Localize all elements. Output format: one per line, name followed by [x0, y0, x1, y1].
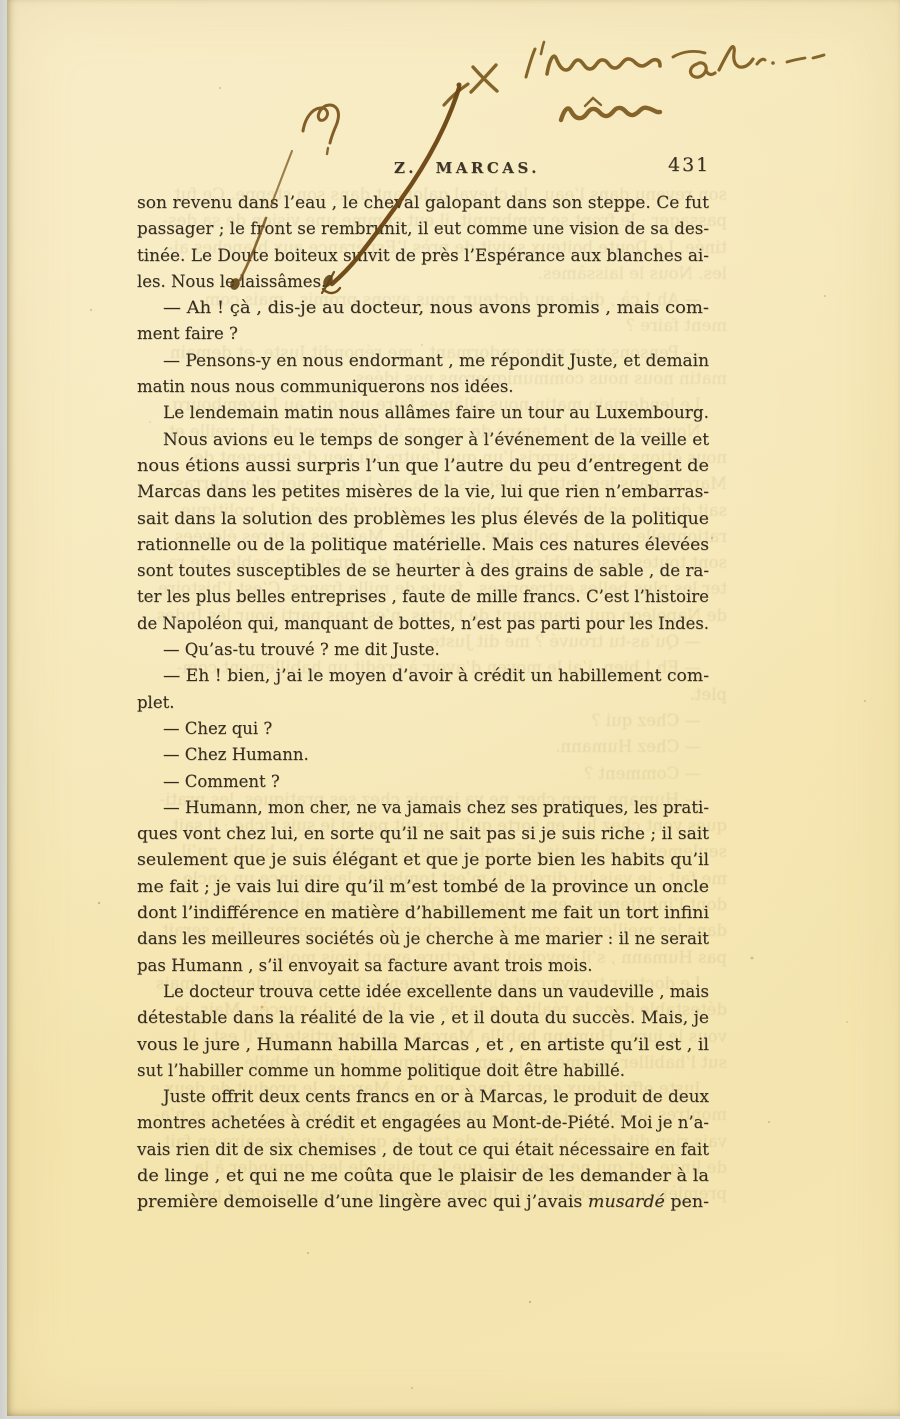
text-line: première demoiselle d’une lingère avec q…	[137, 1189, 709, 1215]
text-line: montres achetées à crédit et engagées au…	[137, 1110, 709, 1136]
text-line: sont toutes susceptibles de se heurter à…	[137, 558, 709, 584]
x-mark	[471, 65, 496, 92]
text-line: ment faire ?	[137, 321, 709, 347]
text-line: — Comment ?	[137, 769, 709, 795]
text-line: — Ah ! çà , dis-je au docteur, nous avon…	[137, 295, 709, 321]
text-line: — Qu’as-tu trouvé ? me dit Juste.	[137, 637, 709, 663]
text-line: pas Humann , s’il envoyait sa facture av…	[137, 953, 709, 979]
text-line: me fait ; je vais lui dire qu’il m’est t…	[137, 874, 709, 900]
text-line: vais rien dit de six chemises , de tout …	[137, 1137, 709, 1163]
text-line: — Chez qui ?	[137, 716, 709, 742]
text-line: — Eh ! bien, j’ai le moyen d’avoir à cré…	[137, 663, 709, 689]
text-line: sut l’habiller comme un homme politique …	[137, 1058, 709, 1084]
text-line: seulement que je suis élégant et que je …	[137, 847, 709, 873]
page-number: 431	[668, 154, 710, 176]
scanned-book-page: son revenu dans l’eau , le cheval galopa…	[0, 0, 900, 1419]
text-line: dont l’indifférence en matière d’habille…	[137, 900, 709, 926]
text-line: dans les meilleures sociétés où je cherc…	[137, 926, 709, 952]
text-line: — Pensons-y en nous endormant , me répon…	[137, 348, 709, 374]
text-line: Nous avions eu le temps de songer à l’év…	[137, 427, 709, 453]
text-line: passager ; le front se rembrunit, il eut…	[137, 216, 709, 242]
text-line: Le lendemain matin nous allâmes faire un…	[137, 400, 709, 426]
text-line: rationnelle ou de la politique matériell…	[137, 532, 709, 558]
text-line: Le docteur trouva cette idée excellente …	[137, 979, 709, 1005]
circumflex	[585, 98, 601, 106]
paper: son revenu dans l’eau , le cheval galopa…	[7, 0, 900, 1416]
handwritten-annotation	[444, 42, 824, 120]
text-line: ter les plus belles entreprises , faute …	[137, 584, 709, 610]
text-line: détestable dans la réalité de la vie , e…	[137, 1005, 709, 1031]
body-text: son revenu dans l’eau , le cheval galopa…	[137, 190, 709, 1216]
text-line: tinée. Le Doute boiteux suivit de près l…	[137, 243, 709, 269]
text-line: de Napoléon qui, manquant de bottes, n’e…	[137, 611, 709, 637]
x-mark	[473, 67, 497, 91]
pen-slash	[444, 84, 468, 105]
text-line: les. Nous le laissâmes.	[137, 269, 709, 295]
text-line: — Chez Humann.	[137, 742, 709, 768]
text-line: vous le jure , Humann habilla Marcas , e…	[137, 1032, 709, 1058]
text-line: son revenu dans l’eau , le cheval galopa…	[137, 190, 709, 216]
text-line: ques vont chez lui, en sorte qu’il ne sa…	[137, 821, 709, 847]
text-line: plet.	[137, 690, 709, 716]
text-line: nous étions aussi surpris l’un que l’aut…	[137, 453, 709, 479]
text-line: Marcas dans les petites misères de la vi…	[137, 479, 709, 505]
running-title: Z. MARCAS.	[394, 159, 540, 177]
text-line: de linge , et qui ne me coûta que le pla…	[137, 1163, 709, 1189]
text-line: — Humann, mon cher, ne va jamais chez se…	[137, 795, 709, 821]
text-line: matin nous nous communiquerons nos idées…	[137, 374, 709, 400]
text-line: sait dans la solution des problèmes les …	[137, 506, 709, 532]
text-line: Juste offrit deux cents francs en or à M…	[137, 1084, 709, 1110]
